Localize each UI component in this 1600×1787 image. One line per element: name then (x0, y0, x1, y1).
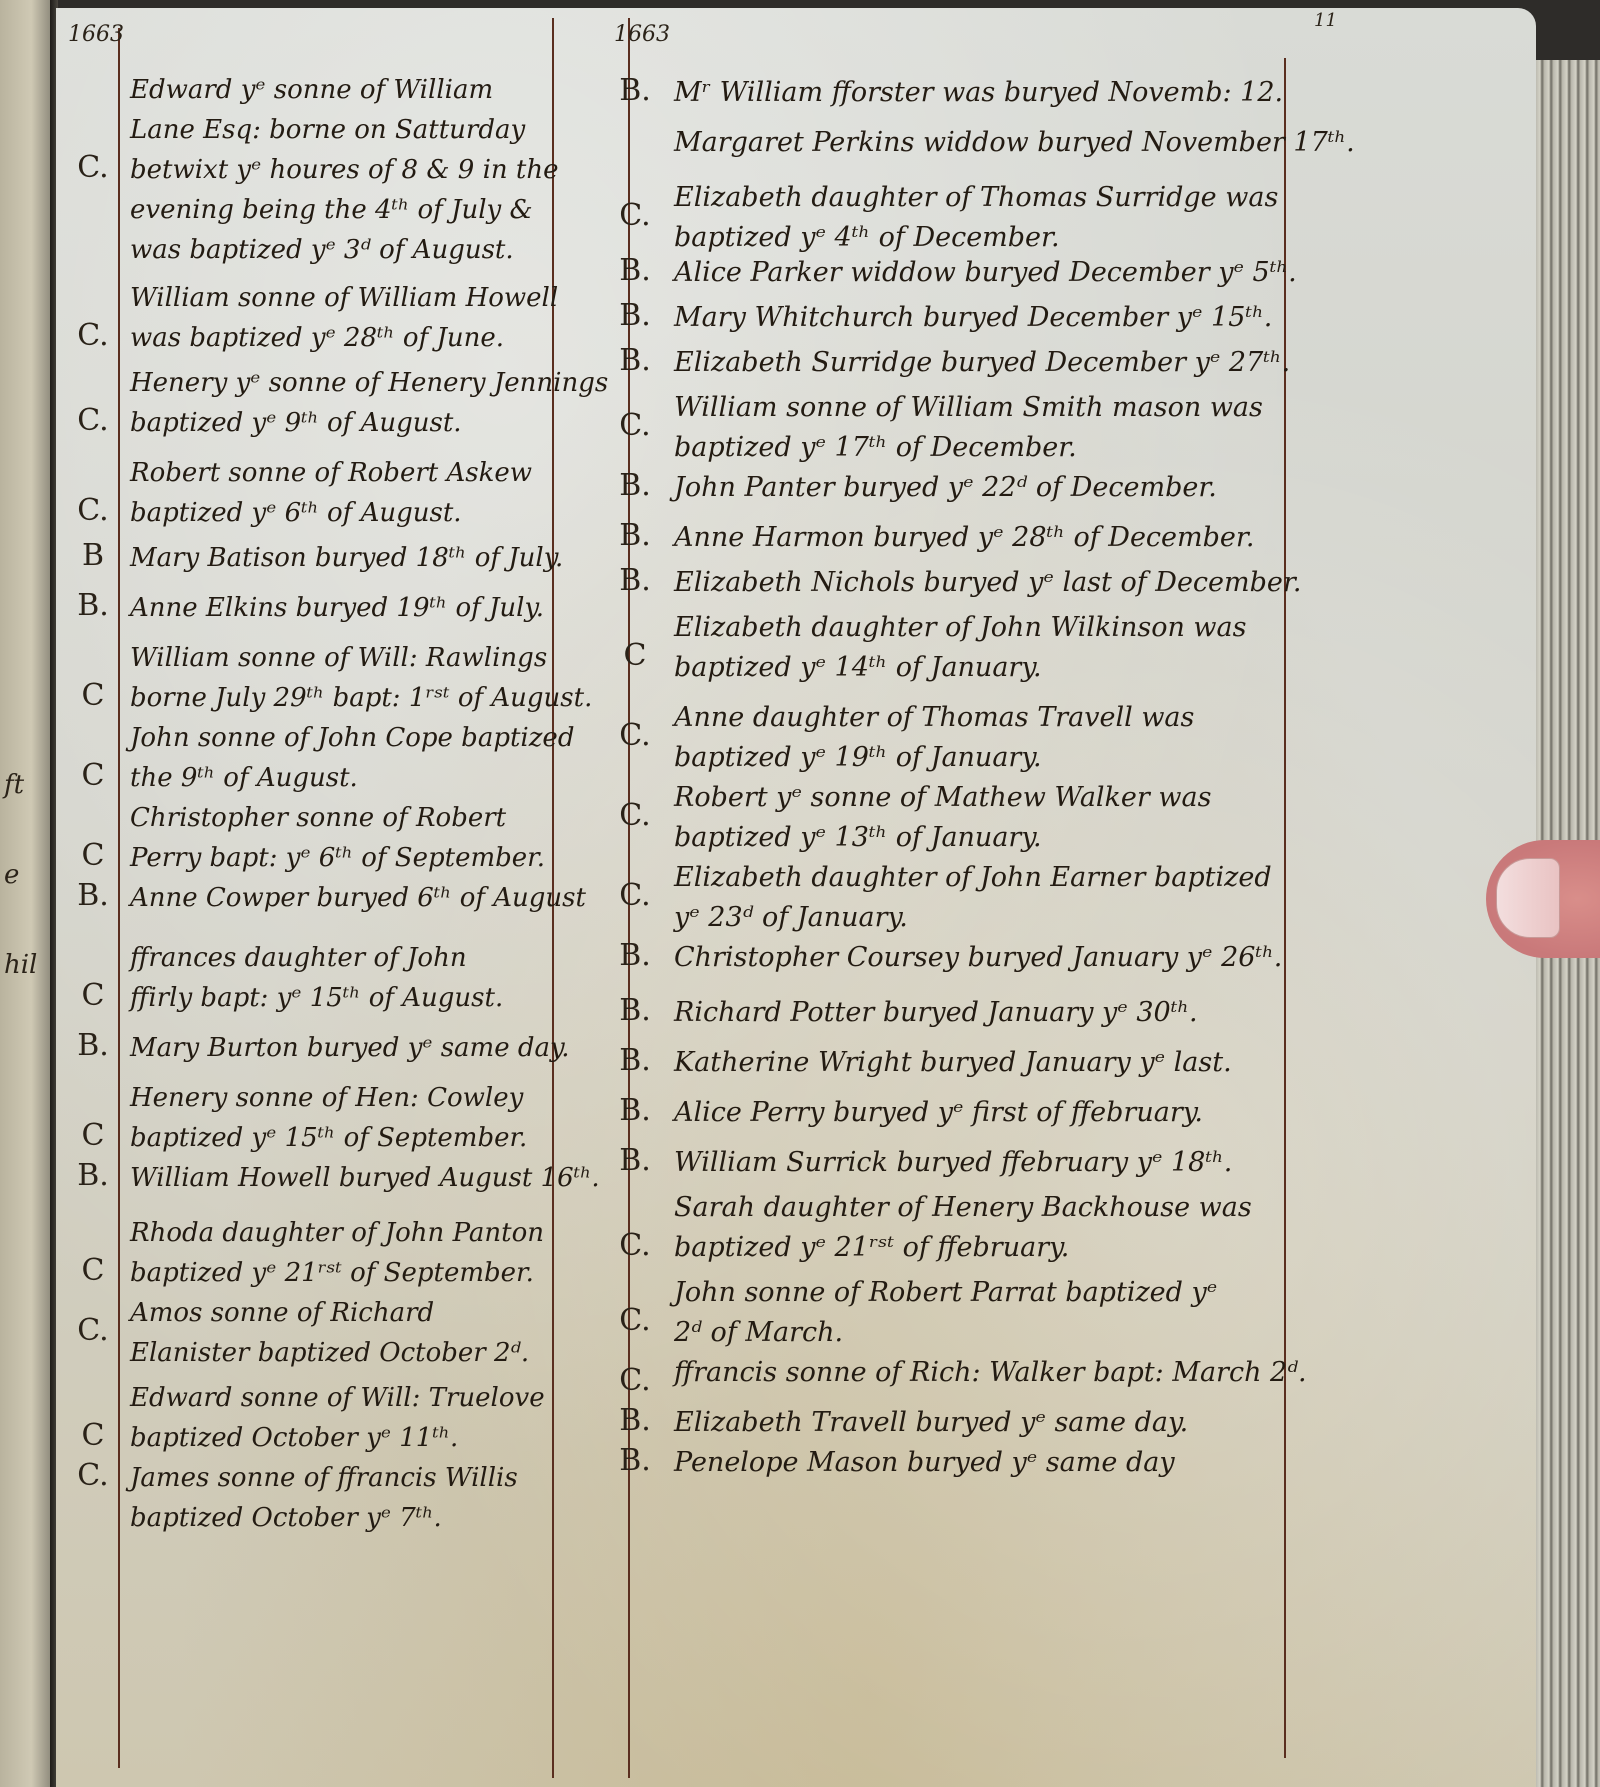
entry-text: John sonne of Robert Parrat baptized yᵉ2… (674, 1273, 1217, 1353)
entry-text: Anne Elkins buryed 19ᵗʰ of July. (130, 588, 544, 628)
entry-line: Rhoda daughter of John Panton (130, 1213, 544, 1253)
baptism-mark: C. (68, 403, 118, 438)
entry-line: Lane Esq: borne on Satturday (130, 110, 558, 150)
entry-line: Penelope Mason buryed yᵉ same day (674, 1443, 1175, 1483)
entry-line: Elanister baptized October 2ᵈ. (130, 1333, 529, 1373)
entry-line: was baptized yᵉ 3ᵈ of August. (130, 230, 558, 270)
entry-line: baptized yᵉ 17ᵗʰ of December. (674, 428, 1263, 468)
entry-line: John sonne of John Cope baptized (130, 718, 574, 758)
baptism-mark: C. (610, 1228, 660, 1263)
entry-text: Richard Potter buryed January yᵉ 30ᵗʰ. (674, 993, 1198, 1033)
entry-text: Henery yᵉ sonne of Henery Jenningsbaptiz… (130, 363, 608, 443)
burial-mark: B. (610, 468, 660, 503)
entry-text: Mary Whitchurch buryed December yᵉ 15ᵗʰ. (674, 298, 1272, 338)
entry-line: Richard Potter buryed January yᵉ 30ᵗʰ. (674, 993, 1198, 1033)
entry-text: Katherine Wright buryed January yᵉ last. (674, 1043, 1232, 1083)
entry-text: John sonne of John Cope baptizedthe 9ᵗʰ … (130, 718, 574, 798)
entry-line: William sonne of William Howell (130, 278, 558, 318)
facing-page-edge: ftehil (0, 0, 52, 1787)
entry-line: Anne Elkins buryed 19ᵗʰ of July. (130, 588, 544, 628)
entry-line: baptized yᵉ 4ᵗʰ of December. (674, 218, 1278, 258)
entry-text: James sonne of ffrancis Willisbaptized O… (130, 1458, 518, 1538)
entry-line: Mary Whitchurch buryed December yᵉ 15ᵗʰ. (674, 298, 1272, 338)
baptism-mark: C (68, 978, 118, 1013)
entry-text: William sonne of William Smith mason was… (674, 388, 1263, 468)
entry-text: William Surrick buryed ffebruary yᵉ 18ᵗʰ… (674, 1143, 1232, 1183)
entry-text: Henery sonne of Hen: Cowleybaptized yᵉ 1… (130, 1078, 527, 1158)
burial-mark: B. (68, 878, 118, 913)
entry-line: ffirly bapt: yᵉ 15ᵗʰ of August. (130, 978, 503, 1018)
year-heading-right: 1663 (614, 22, 670, 47)
entry-text: Robert sonne of Robert Askewbaptized yᵉ … (130, 453, 532, 533)
entry-line: baptized yᵉ 21ʳˢᵗ of September. (130, 1253, 544, 1293)
baptism-mark: C. (610, 198, 660, 233)
entry-line: was baptized yᵉ 28ᵗʰ of June. (130, 318, 558, 358)
entry-line: James sonne of ffrancis Willis (130, 1458, 518, 1498)
burial-mark: B. (610, 343, 660, 378)
burial-mark: B. (610, 993, 660, 1028)
burial-mark: B (68, 538, 118, 573)
entry-text: John Panter buryed yᵉ 22ᵈ of December. (674, 468, 1217, 508)
entry-line: Henery sonne of Hen: Cowley (130, 1078, 527, 1118)
entry-line: borne July 29ᵗʰ bapt: 1ʳˢᵗ of August. (130, 678, 592, 718)
photograph-scene: ftehil 1663 C.Edward yᵉ sonne of William… (0, 0, 1600, 1787)
year-heading-left: 1663 (68, 22, 124, 47)
entry-line: 2ᵈ of March. (674, 1313, 1217, 1353)
entry-line: John sonne of Robert Parrat baptized yᵉ (674, 1273, 1217, 1313)
entry-text: Edward sonne of Will: Truelovebaptized O… (130, 1378, 545, 1458)
entry-line: Anne Harmon buryed yᵉ 28ᵗʰ of December. (674, 518, 1254, 558)
margin-rule-left (118, 28, 120, 1768)
entry-text: Mary Batison buryed 18ᵗʰ of July. (130, 538, 563, 578)
entry-line: Henery yᵉ sonne of Henery Jennings (130, 363, 608, 403)
entry-line: baptized yᵉ 19ᵗʰ of January. (674, 738, 1194, 778)
entry-line: Christopher sonne of Robert (130, 798, 545, 838)
burial-mark: B. (610, 563, 660, 598)
entry-line: baptized October yᵉ 7ᵗʰ. (130, 1498, 518, 1538)
right-edge-rule (1284, 58, 1286, 1758)
burial-mark: B. (610, 253, 660, 288)
entry-text: William sonne of Will: Rawlingsborne Jul… (130, 638, 592, 718)
baptism-mark: C. (610, 1303, 660, 1338)
baptism-mark: C. (610, 878, 660, 913)
entry-line: Robert sonne of Robert Askew (130, 453, 532, 493)
entry-text: Elizabeth Nichols buryed yᵉ last of Dece… (674, 563, 1301, 603)
baptism-mark: C. (68, 1458, 118, 1493)
burial-mark: B. (68, 1028, 118, 1063)
entry-line: baptized yᵉ 9ᵗʰ of August. (130, 403, 608, 443)
entry-line: William Surrick buryed ffebruary yᵉ 18ᵗʰ… (674, 1143, 1232, 1183)
entry-line: baptized yᵉ 15ᵗʰ of September. (130, 1118, 527, 1158)
entry-line: baptized yᵉ 14ᵗʰ of January. (674, 648, 1247, 688)
entry-text: Elizabeth daughter of John Wilkinson was… (674, 608, 1247, 688)
baptism-mark: C. (610, 718, 660, 753)
entry-line: Elizabeth daughter of John Earner baptiz… (674, 858, 1272, 898)
entry-line: evening being the 4ᵗʰ of July & (130, 190, 558, 230)
burial-mark: B. (610, 73, 660, 108)
entry-line: yᵉ 23ᵈ of January. (674, 898, 1272, 938)
entry-line: the 9ᵗʰ of August. (130, 758, 574, 798)
burial-mark: B. (610, 1143, 660, 1178)
entry-text: Robert yᵉ sonne of Mathew Walker wasbapt… (674, 778, 1211, 858)
burial-mark: B. (610, 938, 660, 973)
entry-text: William sonne of William Howellwas bapti… (130, 278, 558, 358)
facing-page-text-fragment: e (4, 860, 19, 890)
entry-text: Anne daughter of Thomas Travell wasbapti… (674, 698, 1194, 778)
entry-text: ffrancis sonne of Rich: Walker bapt: Mar… (674, 1353, 1307, 1393)
entry-line: Elizabeth Travell buryed yᵉ same day. (674, 1403, 1188, 1443)
entry-line: Margaret Perkins widdow buryed November … (674, 123, 1355, 163)
entry-line: Elizabeth Nichols buryed yᵉ last of Dece… (674, 563, 1301, 603)
entry-text: Sarah daughter of Henery Backhouse wasba… (674, 1188, 1252, 1268)
burial-mark: B. (610, 1043, 660, 1078)
entry-text: Anne Cowper buryed 6ᵗʰ of August (130, 878, 586, 918)
burial-mark: B. (610, 1403, 660, 1438)
entry-line: baptized yᵉ 6ᵗʰ of August. (130, 493, 532, 533)
entry-line: Edward yᵉ sonne of William (130, 70, 558, 110)
page-number: 11 (1314, 10, 1337, 31)
entry-line: Sarah daughter of Henery Backhouse was (674, 1188, 1252, 1228)
thumbnail (1496, 858, 1560, 938)
entry-text: Mary Burton buryed yᵉ same day. (130, 1028, 570, 1068)
entry-text: Alice Parker widdow buryed December yᵉ 5… (674, 253, 1297, 293)
baptism-mark: C (68, 1418, 118, 1453)
burial-mark: B. (610, 518, 660, 553)
entry-text: Elizabeth daughter of John Earner baptiz… (674, 858, 1272, 938)
baptism-mark: C. (68, 1313, 118, 1348)
entry-line: Alice Parker widdow buryed December yᵉ 5… (674, 253, 1297, 293)
entry-line: betwixt yᵉ houres of 8 & 9 in the (130, 150, 558, 190)
entry-text: Rhoda daughter of John Pantonbaptized yᵉ… (130, 1213, 544, 1293)
facing-page-text-fragment: ft (4, 770, 24, 800)
entry-line: Katherine Wright buryed January yᵉ last. (674, 1043, 1232, 1083)
entry-line: Mary Burton buryed yᵉ same day. (130, 1028, 570, 1068)
entry-text: Alice Perry buryed yᵉ first of ffebruary… (674, 1093, 1203, 1133)
register-page: 1663 C.Edward yᵉ sonne of WilliamLane Es… (56, 8, 1536, 1787)
baptism-mark: C. (68, 150, 118, 185)
burial-mark: B. (68, 1158, 118, 1193)
entry-line: Anne Cowper buryed 6ᵗʰ of August (130, 878, 586, 918)
entry-line: Perry bapt: yᵉ 6ᵗʰ of September. (130, 838, 545, 878)
baptism-mark: C. (610, 798, 660, 833)
baptism-mark: C. (610, 408, 660, 443)
burial-mark: B. (610, 1093, 660, 1128)
entry-text: Anne Harmon buryed yᵉ 28ᵗʰ of December. (674, 518, 1254, 558)
baptism-mark: C (68, 1253, 118, 1288)
entry-line: Mary Batison buryed 18ᵗʰ of July. (130, 538, 563, 578)
entry-text: Penelope Mason buryed yᵉ same day (674, 1443, 1175, 1483)
entry-text: Elizabeth Surridge buryed December yᵉ 27… (674, 343, 1290, 383)
entry-line: William sonne of Will: Rawlings (130, 638, 592, 678)
entry-line: Mʳ William fforster was buryed Novemb: 1… (674, 73, 1283, 113)
entry-text: Amos sonne of RichardElanister baptized … (130, 1293, 529, 1373)
entry-line: Elizabeth daughter of John Wilkinson was (674, 608, 1247, 648)
burial-mark: B. (68, 588, 118, 623)
entry-line: Alice Perry buryed yᵉ first of ffebruary… (674, 1093, 1203, 1133)
entry-line: Christopher Coursey buryed January yᵉ 26… (674, 938, 1282, 978)
entry-text: ffrances daughter of Johnffirly bapt: yᵉ… (130, 938, 503, 1018)
baptism-mark: C (610, 638, 660, 673)
baptism-mark: C. (68, 318, 118, 353)
entry-line: baptized yᵉ 13ᵗʰ of January. (674, 818, 1211, 858)
entry-line: ffrancis sonne of Rich: Walker bapt: Mar… (674, 1353, 1307, 1393)
entry-line: baptized October yᵉ 11ᵗʰ. (130, 1418, 545, 1458)
entry-line: William sonne of William Smith mason was (674, 388, 1263, 428)
entry-line: Amos sonne of Richard (130, 1293, 529, 1333)
entry-text: Elizabeth Travell buryed yᵉ same day. (674, 1403, 1188, 1443)
entry-text: Mʳ William fforster was buryed Novemb: 1… (674, 73, 1283, 113)
entry-text: William Howell buryed August 16ᵗʰ. (130, 1158, 600, 1198)
burial-mark: B. (610, 1443, 660, 1478)
entry-text: Elizabeth daughter of Thomas Surridge wa… (674, 178, 1278, 258)
entry-text: Edward yᵉ sonne of WilliamLane Esq: born… (130, 70, 558, 270)
entry-line: John Panter buryed yᵉ 22ᵈ of December. (674, 468, 1217, 508)
facing-page-text-fragment: hil (4, 950, 37, 980)
entry-line: Anne daughter of Thomas Travell was (674, 698, 1194, 738)
entry-line: Robert yᵉ sonne of Mathew Walker was (674, 778, 1211, 818)
baptism-mark: C (68, 678, 118, 713)
entry-line: Elizabeth Surridge buryed December yᵉ 27… (674, 343, 1290, 383)
entry-line: William Howell buryed August 16ᵗʰ. (130, 1158, 600, 1198)
entry-line: Elizabeth daughter of Thomas Surridge wa… (674, 178, 1278, 218)
entry-text: Christopher sonne of RobertPerry bapt: y… (130, 798, 545, 878)
burial-mark: B. (610, 298, 660, 333)
entry-line: Edward sonne of Will: Truelove (130, 1378, 545, 1418)
baptism-mark: C (68, 758, 118, 793)
baptism-mark: C (68, 1118, 118, 1153)
entry-text: Margaret Perkins widdow buryed November … (674, 123, 1355, 163)
baptism-mark: C (68, 838, 118, 873)
entry-text: Christopher Coursey buryed January yᵉ 26… (674, 938, 1282, 978)
baptism-mark: C. (68, 493, 118, 528)
baptism-mark: C. (610, 1363, 660, 1398)
entry-line: ffrances daughter of John (130, 938, 503, 978)
thumb-holding-page (1486, 840, 1600, 958)
entry-line: baptized yᵉ 21ʳˢᵗ of ffebruary. (674, 1228, 1252, 1268)
